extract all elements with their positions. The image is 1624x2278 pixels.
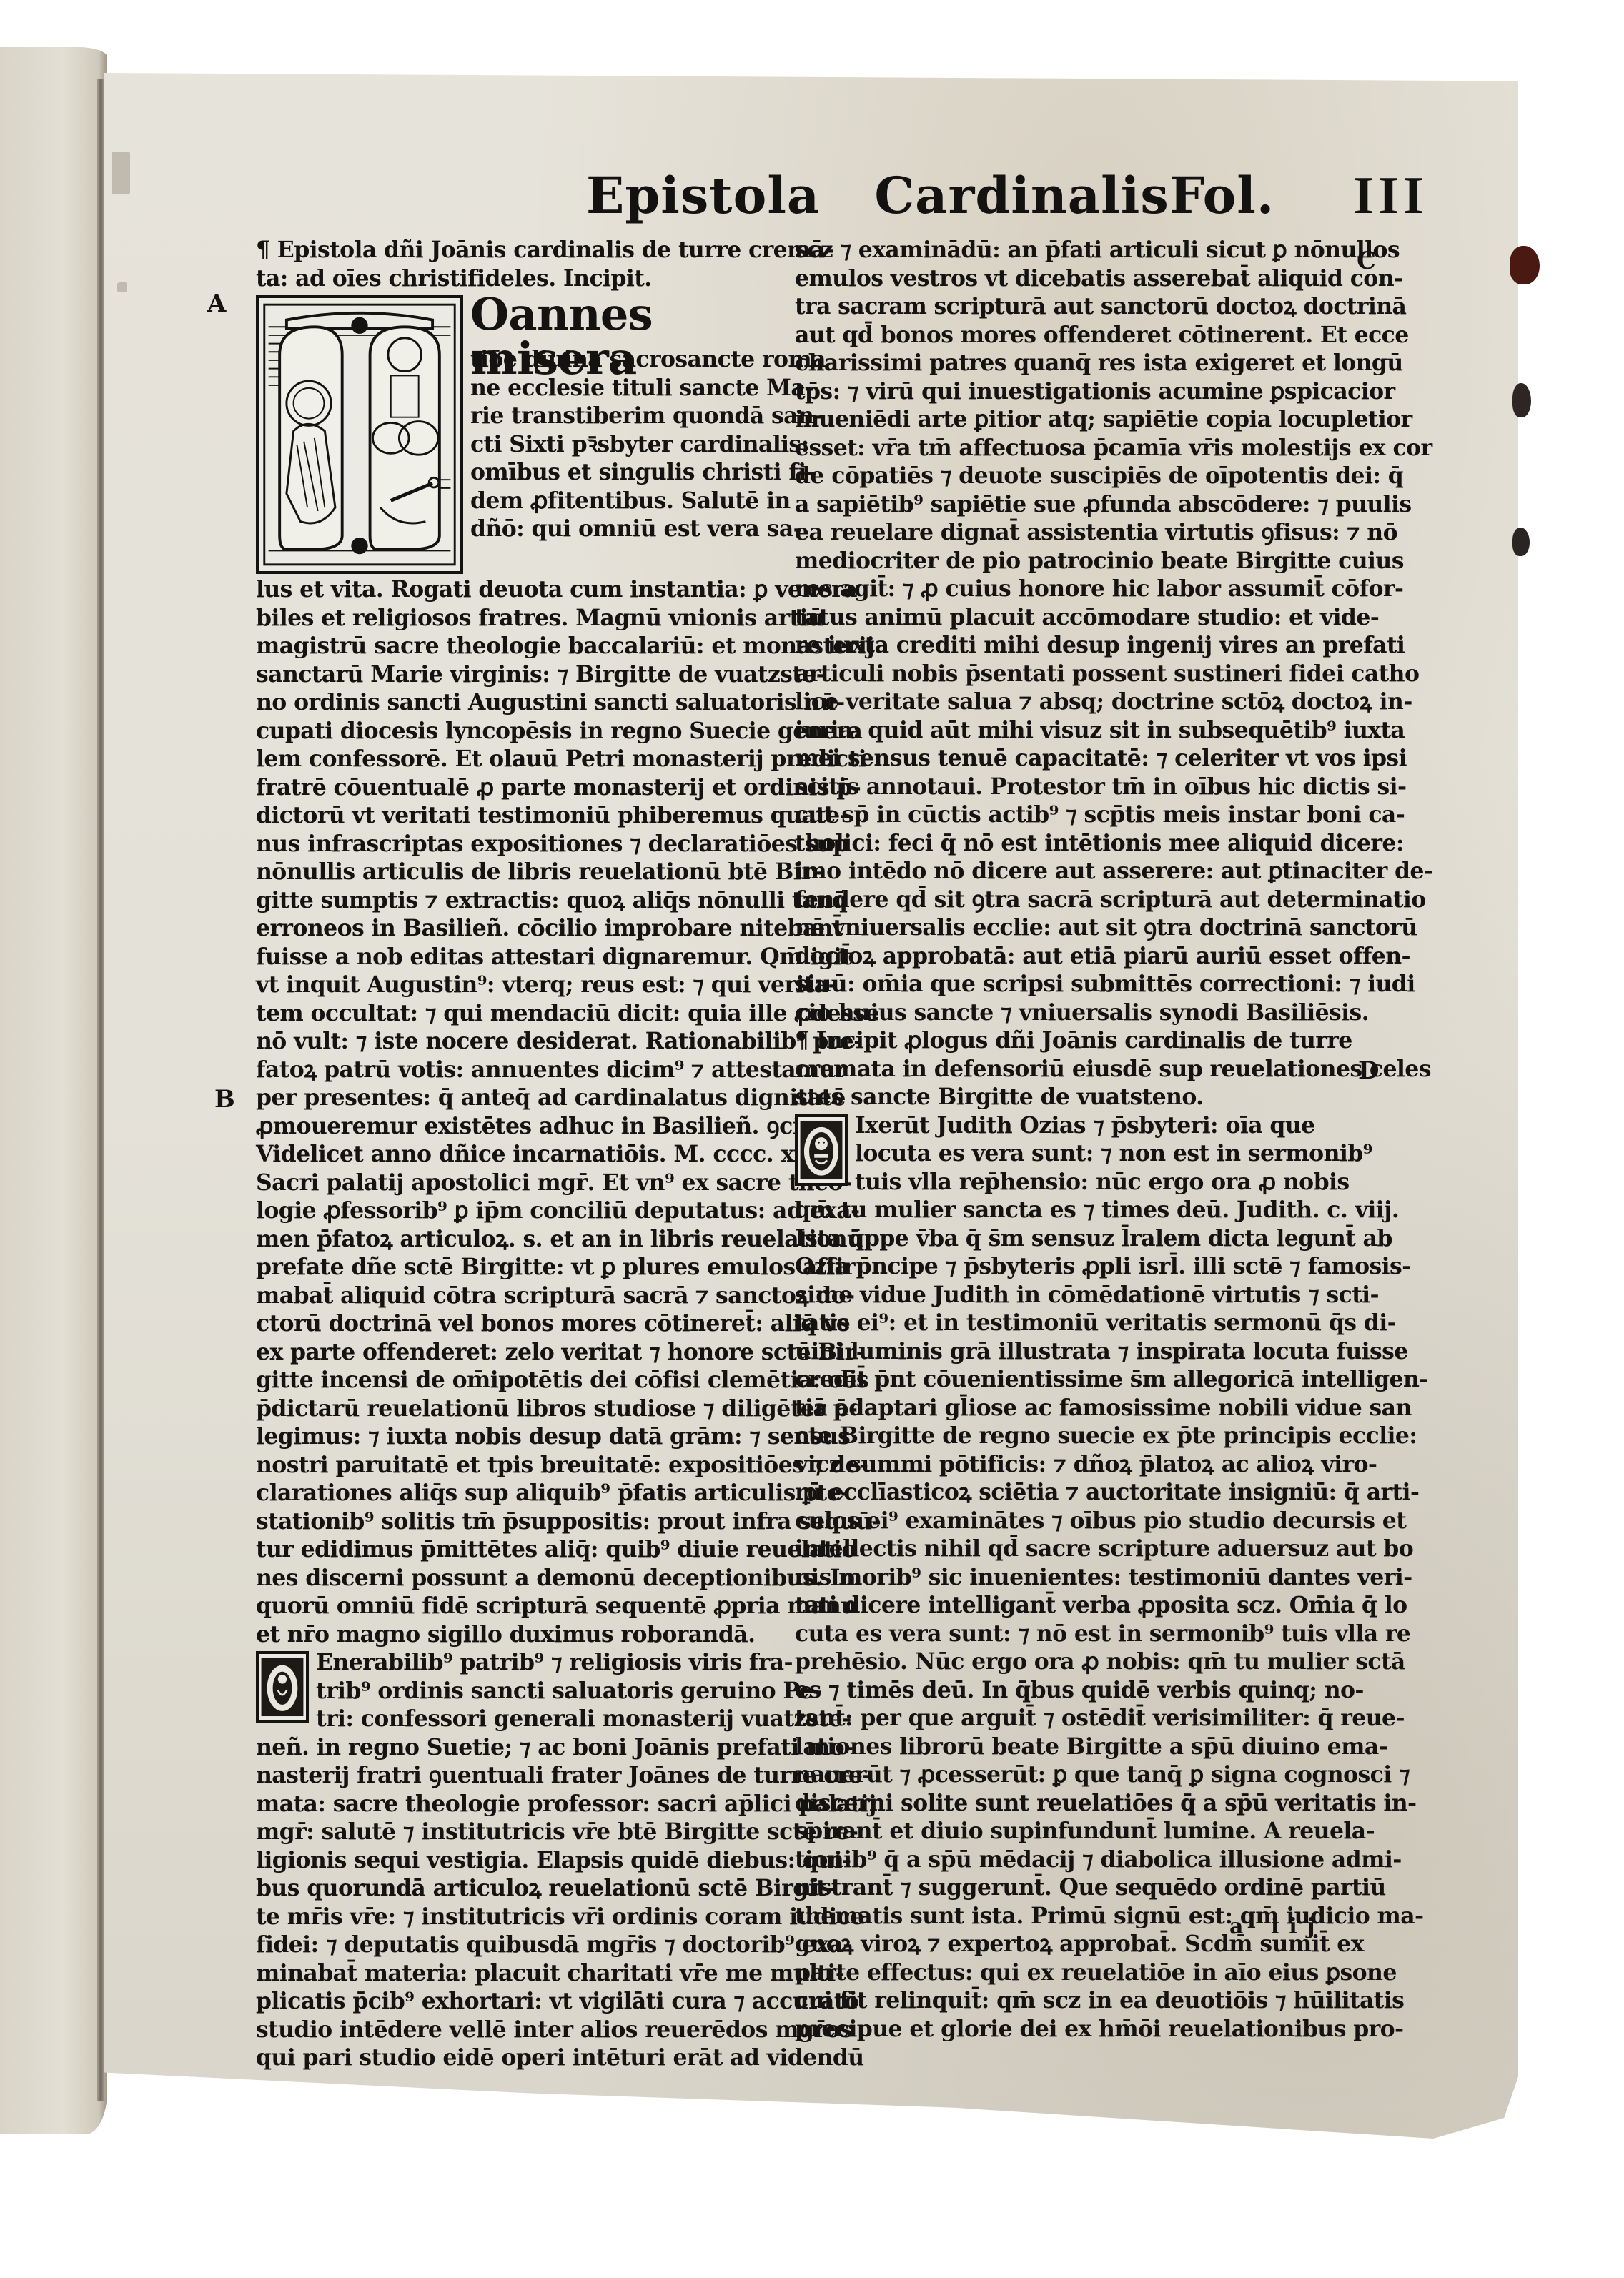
text-line: qui pari studio eidē operi intēturi erāt… — [256, 2044, 788, 2072]
text-column-left: ¶ Epistola dñi Joānis cardinalis de turr… — [256, 236, 788, 2072]
text-line: te mr̄is vr̄e: ⁊ institutricis vr̄i ordi… — [256, 1903, 788, 1931]
text-line: ꝓmoueremur existētes adhuc in Basilieñ. … — [256, 1112, 788, 1141]
running-head: Epistola Cardinalis Fol. III — [586, 166, 1301, 227]
text-line: es ⁊ timēs deū. In q̄bus quidē verbis qu… — [795, 1676, 1327, 1705]
text-line: siuū: om̄ia que scripsi submittēs correc… — [795, 970, 1327, 999]
margin-letter-a: A — [207, 289, 226, 318]
text-line: Enerabilib⁹ patrib⁹ ⁊ religiosis viris f… — [256, 1648, 788, 1677]
text-line: articuli nobis p̄sentati possent sustine… — [795, 660, 1327, 688]
text-line: tp̄s: ⁊ virū qui inuestigationis acumine… — [795, 377, 1327, 406]
text-line: minabat̄ materia: placuit charitati vr̄e… — [256, 1959, 788, 1988]
text-line: bus quorundā articuloꝝ reuelationū sctē … — [256, 1874, 788, 1903]
text-line: neñ. in regno Suetie; ⁊ ac boni Joānis p… — [256, 1733, 788, 1762]
wax-seal-red — [1510, 246, 1540, 284]
text-line: precipue et glorie dei ex hm̄ōi reuelati… — [795, 2015, 1327, 2044]
text-line: esset: vr̄a tm̄ affectuosa p̄camīa vr̄is… — [795, 434, 1327, 462]
book-gutter — [97, 79, 104, 2101]
text-line: fendere qd̄ sit ꝯtra sacrā scripturā aut… — [795, 886, 1327, 914]
heading-line: ¶ Epistola dñi Joānis cardinalis de turr… — [256, 236, 788, 264]
text-line: nostri paruitatē et tpis breuitatē: expo… — [256, 1451, 788, 1480]
text-line: biles et religiosos fratres. Magnū vnion… — [256, 604, 788, 633]
text-line: plicatis p̄cib⁹ exhortari: vt vigilāti c… — [256, 1987, 788, 2016]
text-line: Ixerūt Judith Ozias ⁊ p̄sbyteri: oīa que — [795, 1111, 1327, 1140]
woodcut-initial-d — [795, 1114, 848, 1186]
text-line: inueniēdi arte ꝑitior atq; sapiētie copi… — [795, 405, 1327, 434]
text-line: nōnullis articulis de libris reuelationū… — [256, 858, 788, 886]
text-line: mgr̄: salutē ⁊ institutricis vr̄e btē Bi… — [256, 1818, 788, 1846]
text-line: sanctarū Marie virginis: ⁊ Birgitte de v… — [256, 660, 788, 689]
text-line: iuria: quid aūt mihi visuz sit in subseq… — [795, 716, 1327, 745]
text-line: mei sensus tenuē capacitatē: ⁊ celeriter… — [795, 744, 1327, 773]
text-line: lus et vita. Rogati deuota cum instantia… — [256, 575, 788, 604]
woodcut-initial-i — [256, 295, 463, 574]
text-line: a sapiētib⁹ sapiētie sue ꝓfunda abscōder… — [795, 490, 1327, 519]
text-line: spirant̄ et diuio supinfundunt̄ lumine. … — [795, 1817, 1327, 1846]
text-line: fatoꝝ patrū votis: annuentes dicim⁹ ⁊ at… — [256, 1056, 788, 1084]
text-line: dictorū vt veritati testimoniū phiberemu… — [256, 801, 788, 830]
text-line: scitis annotaui. Protestor tm̄ in oībus … — [795, 773, 1327, 801]
face-initial-icon — [798, 1117, 845, 1183]
text-line: per presentes: q̄ anteq̄ ad cardinalatus… — [256, 1084, 788, 1112]
text-line: charissimi patres quanq̄ res ista exiger… — [795, 349, 1327, 377]
text-line: mabat̄ aliquid cōtra scripturā sacrā ⁊ s… — [256, 1282, 788, 1310]
text-line: emulos vestros vt dicebatis asserebat̄ a… — [795, 264, 1327, 293]
text-line: scz ⁊ examinādū: an p̄fati articuli sicu… — [795, 236, 1327, 264]
text-line: nō vult: ⁊ iste nocere desiderat. Ration… — [256, 1027, 788, 1056]
text-line: nasterij fratri ꝯuentuali frater Joānes … — [256, 1761, 788, 1790]
text-line: logie ꝓfessorib⁹ ꝑ ip̄m conciliū deputat… — [256, 1197, 788, 1225]
margin-letter-b: B — [214, 1085, 235, 1114]
text-line: cui fit relinquit̄: qm̄ scz in ea deuoti… — [795, 1986, 1327, 2015]
text-line: Videlicet anno dñice incarnatiōis. M. cc… — [256, 1140, 788, 1169]
wax-seal-dark — [1512, 528, 1530, 556]
text-line: magistrū sacre theologie baccalariū: et … — [256, 632, 788, 660]
folio-number: III — [1353, 166, 1427, 227]
text-line: rū ecclīasticoꝝ sciētia ⁊ auctoritate in… — [795, 1478, 1327, 1507]
text-line: trib⁹ ordinis sancti saluatoris geruino … — [256, 1677, 788, 1705]
text-line: tant̄: per que arguit̄ ⁊ ostēdit̄ verisi… — [795, 1704, 1327, 1733]
text-line: tiā adaptari gl̄iose ac famosissime nobi… — [795, 1394, 1327, 1422]
text-line: tem occultat: ⁊ qui mendaciū dicit: quia… — [256, 999, 788, 1028]
text-line: tra sacram scripturā aut sanctorū doctoꝝ… — [795, 292, 1327, 321]
text-line: ctorū doctrinā vel bonos mores cōtineret… — [256, 1309, 788, 1338]
text-line: cte Birgitte de regno suecie ex p̄te pri… — [795, 1422, 1327, 1450]
text-line: tionib⁹ q̄ a sp̄ū mēdacij ⁊ diabolica il… — [795, 1846, 1327, 1874]
text-line: gitte sumptis ⁊ extractis: quoꝝ aliq̄s n… — [256, 886, 788, 915]
text-line: mata: sacre theologie professor: sacri a… — [256, 1790, 788, 1818]
text-line: credit̄ p̄nt cōuenientissime s̄m allegor… — [795, 1365, 1327, 1394]
previous-leaf — [0, 47, 107, 2134]
text-line: tati dicere intelligant̄ verba ꝓposita s… — [795, 1591, 1327, 1620]
text-line: Sacri palatij apostolici mgr̄. Et vn⁹ ex… — [256, 1169, 788, 1197]
folio-label: Fol. — [1169, 166, 1275, 227]
signature-mark: a iij — [1229, 1914, 1325, 1939]
text-line: aut qd̄ bonos mores offenderet cōtineren… — [795, 321, 1327, 350]
prologue-heading-line: stes sancte Birgitte de vuatsteno. — [795, 1083, 1327, 1111]
text-line: vt inquit Augustin⁹: vterq; reus est: ⁊ … — [256, 971, 788, 999]
text-column-right: scz ⁊ examinādū: an p̄fati articuli sicu… — [795, 236, 1327, 2043]
text-line: vicz summi pōtificis: ⁊ dñoꝝ p̄latoꝝ ac … — [795, 1450, 1327, 1479]
text-line: nē vniuersalis ecclie: aut sit ꝯtra doct… — [795, 913, 1327, 942]
text-line: locuta es vera sunt: ⁊ non est in sermon… — [795, 1139, 1327, 1168]
text-line: tatus animū placuit accōmodare studio: e… — [795, 603, 1327, 632]
text-line: qm̄ tu mulier sancta es ⁊ times deū. Jud… — [795, 1196, 1327, 1224]
text-line: nauerūt ⁊ ꝓcesserūt: ꝑ que tanq̄ ꝑ signa… — [795, 1761, 1327, 1789]
text-line: nus infrascriptas expositiones ⁊ declara… — [256, 830, 788, 858]
text-line: legimus: ⁊ iuxta nobis desup datā grām: … — [256, 1422, 788, 1451]
text-line: re iuxta crediti mihi desup ingenij vire… — [795, 631, 1327, 660]
text-line: fuisse a nob editas attestari dignaremur… — [256, 943, 788, 971]
text-line: erroneos in Basilieñ. cōcilio improbare … — [256, 914, 788, 943]
text-line: prefate dñe sctē Birgitte: vt ꝑ plures e… — [256, 1253, 788, 1282]
text-line: fidei: ⁊ deputatis quibusdā mgr̄is ⁊ doc… — [256, 1931, 788, 1959]
text-line: studio intēdere vellē inter alios reuerē… — [256, 2016, 788, 2044]
text-line: cuta es vera sunt: ⁊ nō est in sermonib⁹… — [795, 1620, 1327, 1648]
floral-initial-icon — [259, 1654, 306, 1720]
text-line: Ozia p̄ncipe ⁊ p̄sbyteris ꝓpli isrl̄. il… — [795, 1252, 1327, 1281]
text-line: lice veritate salua ⁊ absq; doctrine sct… — [795, 688, 1327, 716]
text-line: prehēsio. Nūc ergo ora ꝓ nobis: qm̄ tu m… — [795, 1648, 1327, 1676]
woodcut-initial-v — [256, 1651, 309, 1723]
text-line: gitte incensi de om̄ipotētis dei cōfisi … — [256, 1366, 788, 1395]
text-line: tri: confessori generali monasterij vuat… — [256, 1705, 788, 1733]
text-line: mediocriter de pio patrocinio beate Birg… — [795, 547, 1327, 575]
text-line: cut sp̄ in cūctis actib⁹ ⁊ scp̄tis meis … — [795, 801, 1327, 829]
wax-seal-dark — [1512, 383, 1531, 417]
text-line: Ista q̄ppe v̄ba q̄ s̄m sensuz l̄ralem di… — [795, 1224, 1327, 1253]
text-line: ea reuelare dignat̄ assistentia virtutis… — [795, 518, 1327, 547]
text-line: sime vidue Judith in cōmēdationē virtuti… — [795, 1281, 1327, 1309]
text-line: men p̄fatoꝝ articuloꝝ. s. et an in libri… — [256, 1225, 788, 1254]
text-line: lem confessorē. Et olauū Petri monasteri… — [256, 745, 788, 773]
text-line: clarationes aliq̄s sup aliquib⁹ p̄fatis … — [256, 1479, 788, 1507]
prologue-heading-line: cremata in defensoriū eiusdē sup reuelat… — [795, 1055, 1327, 1084]
text-line: tuis vlla rep̄hensio: nūc ergo ora ꝓ nob… — [795, 1168, 1327, 1197]
text-line: ex parte offenderet: zelo veritat ⁊ hono… — [256, 1338, 788, 1367]
text-line: imo intēdo nō dicere aut asserere: aut ꝑ… — [795, 857, 1327, 886]
text-line: lationes librorū beate Birgitte a sp̄ū d… — [795, 1733, 1327, 1761]
text-line: stationib⁹ solitis tm̄ p̄suppositis: pro… — [256, 1507, 788, 1536]
running-head-title: Epistola Cardinalis — [586, 166, 1169, 225]
text-line: de cōpatiēs ⁊ deuote suscipiēs de oīpote… — [795, 462, 1327, 490]
text-line: tur edidimus p̄mittētes aliq̄: quib⁹ diu… — [256, 1535, 788, 1564]
foxing-stain — [112, 152, 130, 194]
text-line: doctoꝝ approbatā: aut etiā piarū auriū e… — [795, 942, 1327, 971]
text-line: parte effectus: qui ex reuelatiōe in aīo… — [795, 1958, 1327, 1987]
text-line: tatis ei⁹: et in testimoniū veritatis se… — [795, 1309, 1327, 1337]
text-line: discerni solite sunt reuelatiōes q̄ a sp… — [795, 1789, 1327, 1818]
text-line: tholici: feci q̄ nō est intētionis mee a… — [795, 829, 1327, 858]
text-line: nes discerni possunt a demonū deceptioni… — [256, 1564, 788, 1593]
text-line: culos ei⁹ examinātes ⁊ oībus pio studio … — [795, 1507, 1327, 1535]
text-line: cupati diocesis lyncopēsis in regno Suec… — [256, 717, 788, 746]
text-line: cio huius sancte ⁊ vniuersalis synodi Ba… — [795, 999, 1327, 1027]
text-line: uini luminis grā illustrata ⁊ inspirata … — [795, 1337, 1327, 1366]
text-line: nistrant̄ ⁊ suggerunt̄. Que sequēdo ordi… — [795, 1873, 1327, 1902]
text-line: no ordinis sancti Augustini sancti salua… — [256, 688, 788, 717]
text-line: res agit̄: ⁊ ꝓ cuius honore hic labor as… — [795, 575, 1327, 603]
text-line: ligionis sequi vestigia. Elapsis quidē d… — [256, 1846, 788, 1875]
woodcut-illustration-icon — [259, 298, 460, 571]
foxing-stain — [117, 282, 127, 292]
text-line: fratrē cōuentualē ꝓ parte monasterij et … — [256, 773, 788, 802]
folio: Fol. III — [1169, 166, 1428, 227]
text-line: intellectis nihil qd̄ sacre scripture ad… — [795, 1535, 1327, 1563]
text-line: nis morib⁹ sic inuenientes: testimoniū d… — [795, 1563, 1327, 1592]
prologue-heading-line: ¶ Incipit ꝓlogus dñi Joānis cardinalis d… — [795, 1026, 1327, 1055]
text-line: p̄dictarū reuelationū libros studiose ⁊ … — [256, 1395, 788, 1423]
text-line: et nr̄o magno sigillo duximus roborandā. — [256, 1620, 788, 1649]
text-line: quorū omniū fidē scripturā sequentē ꝓpri… — [256, 1592, 788, 1620]
